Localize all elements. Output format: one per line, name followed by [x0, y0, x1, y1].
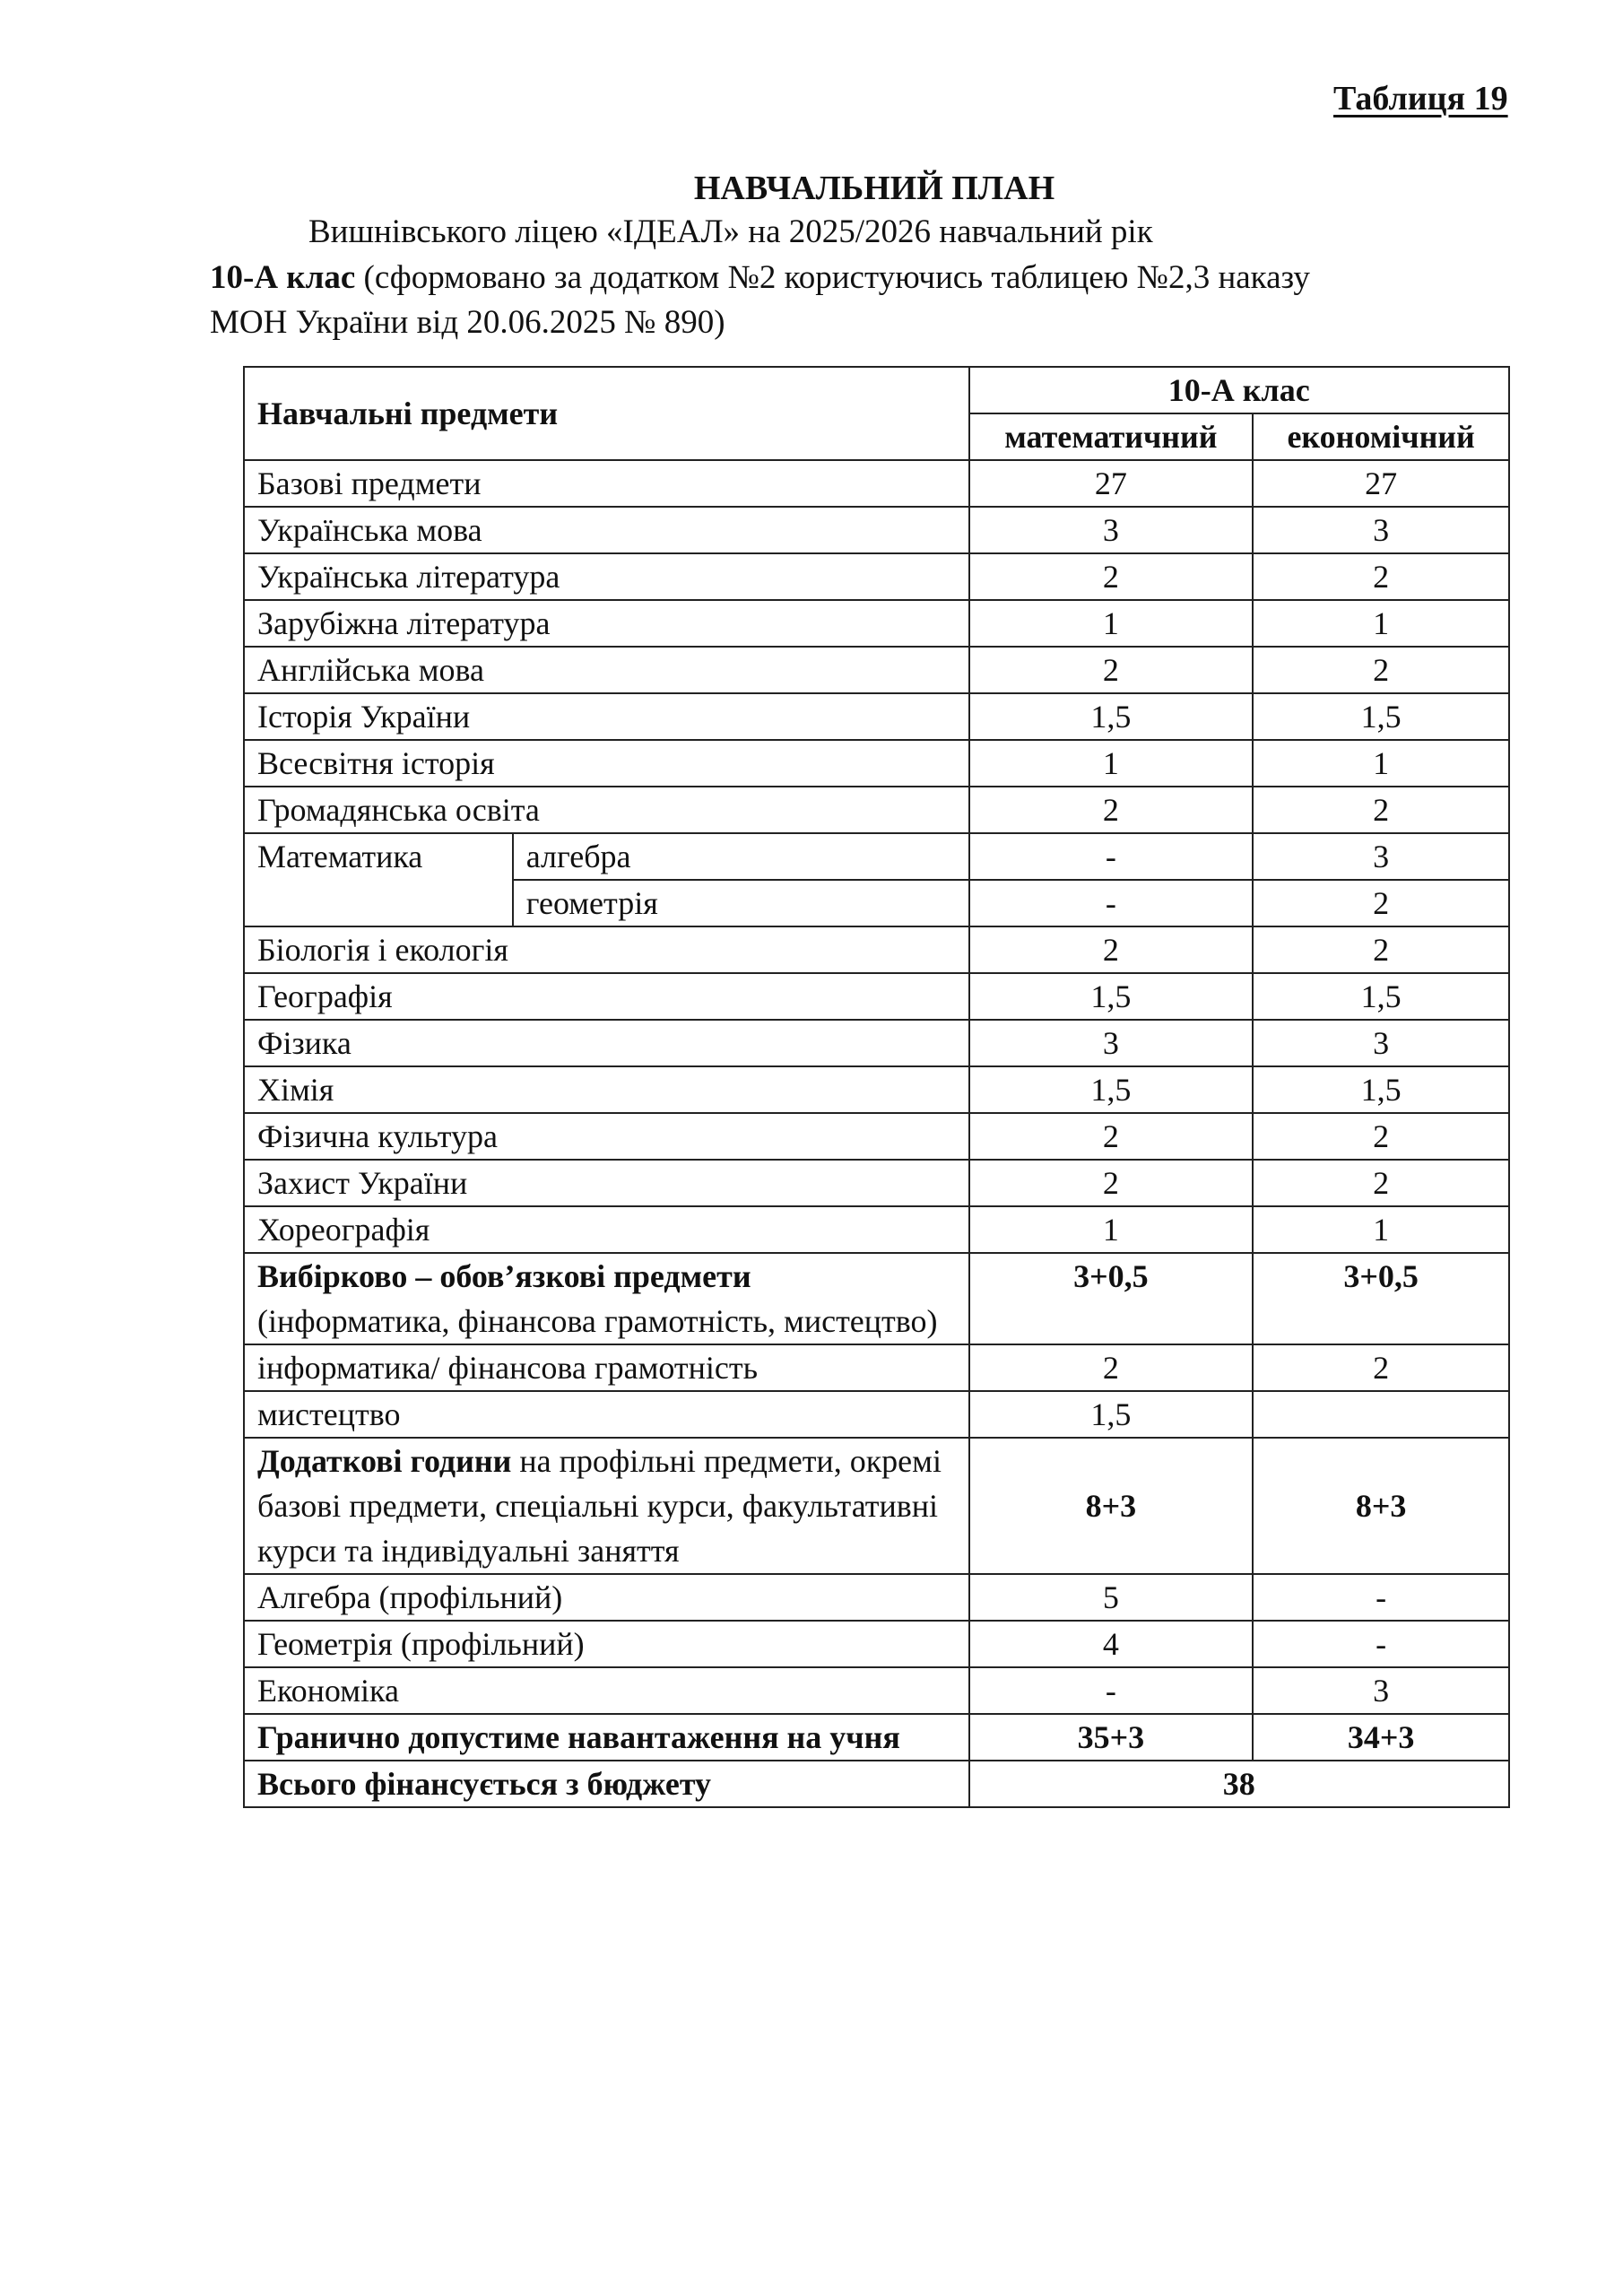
document-subtitle: Вишнівського ліцею «ІДЕАЛ» на 2025/2026 … — [308, 213, 1153, 251]
econ-hours-cell: 2 — [1253, 1113, 1509, 1160]
subject-part-cell: геометрія — [513, 880, 969, 926]
elective-subject-cell: Вибірково – обов’язкові предмети(інформа… — [244, 1253, 969, 1344]
econ-hours-cell: 2 — [1253, 880, 1509, 926]
additional-subject-cell: Додаткові години на профільні предмети, … — [244, 1438, 969, 1574]
econ-hours-cell — [1253, 1391, 1509, 1438]
subject-cell: Зарубіжна література — [244, 600, 969, 647]
math-hours-cell: 8+3 — [969, 1438, 1254, 1574]
table-row: Історія України1,51,5 — [244, 693, 1509, 740]
table-row: мистецтво1,5 — [244, 1391, 1509, 1438]
econ-hours-cell: 2 — [1253, 1344, 1509, 1391]
subject-cell: Економіка — [244, 1667, 969, 1714]
additional-hours-row: Додаткові години на профільні предмети, … — [244, 1438, 1509, 1574]
math-hours-cell: 4 — [969, 1621, 1254, 1667]
table-row: Математикаалгебра-3 — [244, 833, 1509, 880]
math-hours-cell: 1 — [969, 1206, 1254, 1253]
elective-note: (інформатика, фінансова грамотність, мис… — [257, 1303, 938, 1339]
subject-cell: Українська мова — [244, 507, 969, 553]
table-row: Географія1,51,5 — [244, 973, 1509, 1020]
curriculum-table: Навчальні предмети 10-А клас математични… — [243, 366, 1510, 1808]
econ-hours-cell: 3 — [1253, 507, 1509, 553]
header-profile-math: математичний — [969, 413, 1254, 460]
table-row: Всесвітня історія11 — [244, 740, 1509, 787]
econ-hours-cell: 3 — [1253, 833, 1509, 880]
math-hours-cell: 1,5 — [969, 973, 1254, 1020]
econ-hours-cell: 3 — [1253, 1020, 1509, 1066]
math-hours-cell: 1 — [969, 600, 1254, 647]
econ-hours-cell: 34+3 — [1253, 1714, 1509, 1761]
econ-hours-cell: 1,5 — [1253, 1066, 1509, 1113]
document-title: НАВЧАЛЬНИЙ ПЛАН — [0, 169, 1623, 208]
math-hours-cell: 1 — [969, 740, 1254, 787]
subject-cell: Геометрія (профільний) — [244, 1621, 969, 1667]
subject-cell: Громадянська освіта — [244, 787, 969, 833]
subject-cell: Англійська мова — [244, 647, 969, 693]
header-subjects: Навчальні предмети — [244, 367, 969, 460]
table-row: Хореографія11 — [244, 1206, 1509, 1253]
math-hours-cell: 3+0,5 — [969, 1253, 1254, 1344]
additional-title: Додаткові години — [257, 1443, 511, 1479]
table-row: Англійська мова22 — [244, 647, 1509, 693]
econ-hours-cell: 1 — [1253, 740, 1509, 787]
table-row: Біологія і екологія22 — [244, 926, 1509, 973]
math-hours-cell: 2 — [969, 787, 1254, 833]
total-subject-cell: Всього фінансується з бюджету — [244, 1761, 969, 1807]
math-hours-cell: 1,5 — [969, 1391, 1254, 1438]
math-hours-cell: 3 — [969, 507, 1254, 553]
table-row: Захист України22 — [244, 1160, 1509, 1206]
table-row: Українська мова33 — [244, 507, 1509, 553]
econ-hours-cell: 1 — [1253, 1206, 1509, 1253]
math-hours-cell: 2 — [969, 1160, 1254, 1206]
table-row: Українська література22 — [244, 553, 1509, 600]
subject-cell: Українська література — [244, 553, 969, 600]
class-note: (сформовано за додатком №2 користуючись … — [355, 259, 1310, 296]
subject-cell: інформатика/ фінансова грамотність — [244, 1344, 969, 1391]
table-row: Базові предмети2727 — [244, 460, 1509, 507]
subject-cell: Захист України — [244, 1160, 969, 1206]
header-profile-econ: економічний — [1253, 413, 1509, 460]
math-hours-cell: 2 — [969, 647, 1254, 693]
math-hours-cell: 27 — [969, 460, 1254, 507]
subject-cell: Всесвітня історія — [244, 740, 969, 787]
subject-cell: мистецтво — [244, 1391, 969, 1438]
table-row: Громадянська освіта22 — [244, 787, 1509, 833]
subject-cell: Хімія — [244, 1066, 969, 1113]
table-row: Фізична культура22 — [244, 1113, 1509, 1160]
elective-row: Вибірково – обов’язкові предмети(інформа… — [244, 1253, 1509, 1344]
econ-hours-cell: 27 — [1253, 460, 1509, 507]
table-row: Хімія1,51,5 — [244, 1066, 1509, 1113]
math-hours-cell: - — [969, 1667, 1254, 1714]
max-load-subject-cell: Гранично допустиме навантаження на учня — [244, 1714, 969, 1761]
math-hours-cell: - — [969, 880, 1254, 926]
subject-cell: Базові предмети — [244, 460, 969, 507]
subject-cell: Алгебра (профільний) — [244, 1574, 969, 1621]
econ-hours-cell: 8+3 — [1253, 1438, 1509, 1574]
econ-hours-cell: 1 — [1253, 600, 1509, 647]
subject-part-cell: алгебра — [513, 833, 969, 880]
math-hours-cell: 35+3 — [969, 1714, 1254, 1761]
math-hours-cell: 2 — [969, 1344, 1254, 1391]
subject-cell: Хореографія — [244, 1206, 969, 1253]
math-hours-cell: 2 — [969, 1113, 1254, 1160]
table-row: Економіка-3 — [244, 1667, 1509, 1714]
math-hours-cell: 2 — [969, 553, 1254, 600]
math-hours-cell: 3 — [969, 1020, 1254, 1066]
econ-hours-cell: 3+0,5 — [1253, 1253, 1509, 1344]
subject-group-cell: Математика — [244, 833, 513, 926]
econ-hours-cell: 2 — [1253, 926, 1509, 973]
subject-cell: Біологія і екологія — [244, 926, 969, 973]
table-row: Фізика33 — [244, 1020, 1509, 1066]
econ-hours-cell: 1,5 — [1253, 693, 1509, 740]
table-row: Алгебра (профільний)5- — [244, 1574, 1509, 1621]
math-hours-cell: 5 — [969, 1574, 1254, 1621]
econ-hours-cell: 2 — [1253, 553, 1509, 600]
elective-title: Вибірково – обов’язкові предмети — [257, 1258, 751, 1294]
math-hours-cell: - — [969, 833, 1254, 880]
header-row: Навчальні предмети 10-А клас — [244, 367, 1509, 413]
math-hours-cell: 1,5 — [969, 1066, 1254, 1113]
econ-hours-cell: 2 — [1253, 787, 1509, 833]
class-description-line2: МОН України від 20.06.2025 № 890) — [210, 303, 725, 342]
table-row: Зарубіжна література11 — [244, 600, 1509, 647]
math-hours-cell: 1,5 — [969, 693, 1254, 740]
econ-hours-cell: 1,5 — [1253, 973, 1509, 1020]
math-hours-cell: 2 — [969, 926, 1254, 973]
class-description-line1: 10-А клас (сформовано за додатком №2 кор… — [210, 258, 1310, 297]
econ-hours-cell: 3 — [1253, 1667, 1509, 1714]
total-value-cell: 38 — [969, 1761, 1509, 1807]
subject-cell: Географія — [244, 973, 969, 1020]
econ-hours-cell: 2 — [1253, 647, 1509, 693]
subject-cell: Історія України — [244, 693, 969, 740]
max-load-row: Гранично допустиме навантаження на учня3… — [244, 1714, 1509, 1761]
header-class: 10-А клас — [969, 367, 1509, 413]
table-row: інформатика/ фінансова грамотність22 — [244, 1344, 1509, 1391]
total-row: Всього фінансується з бюджету38 — [244, 1761, 1509, 1807]
class-name: 10-А клас — [210, 259, 355, 296]
econ-hours-cell: 2 — [1253, 1160, 1509, 1206]
subject-cell: Фізика — [244, 1020, 969, 1066]
subject-cell: Фізична культура — [244, 1113, 969, 1160]
econ-hours-cell: - — [1253, 1574, 1509, 1621]
econ-hours-cell: - — [1253, 1621, 1509, 1667]
table-row: Геометрія (профільний)4- — [244, 1621, 1509, 1667]
table-number-label: Таблиця 19 — [1333, 79, 1508, 118]
